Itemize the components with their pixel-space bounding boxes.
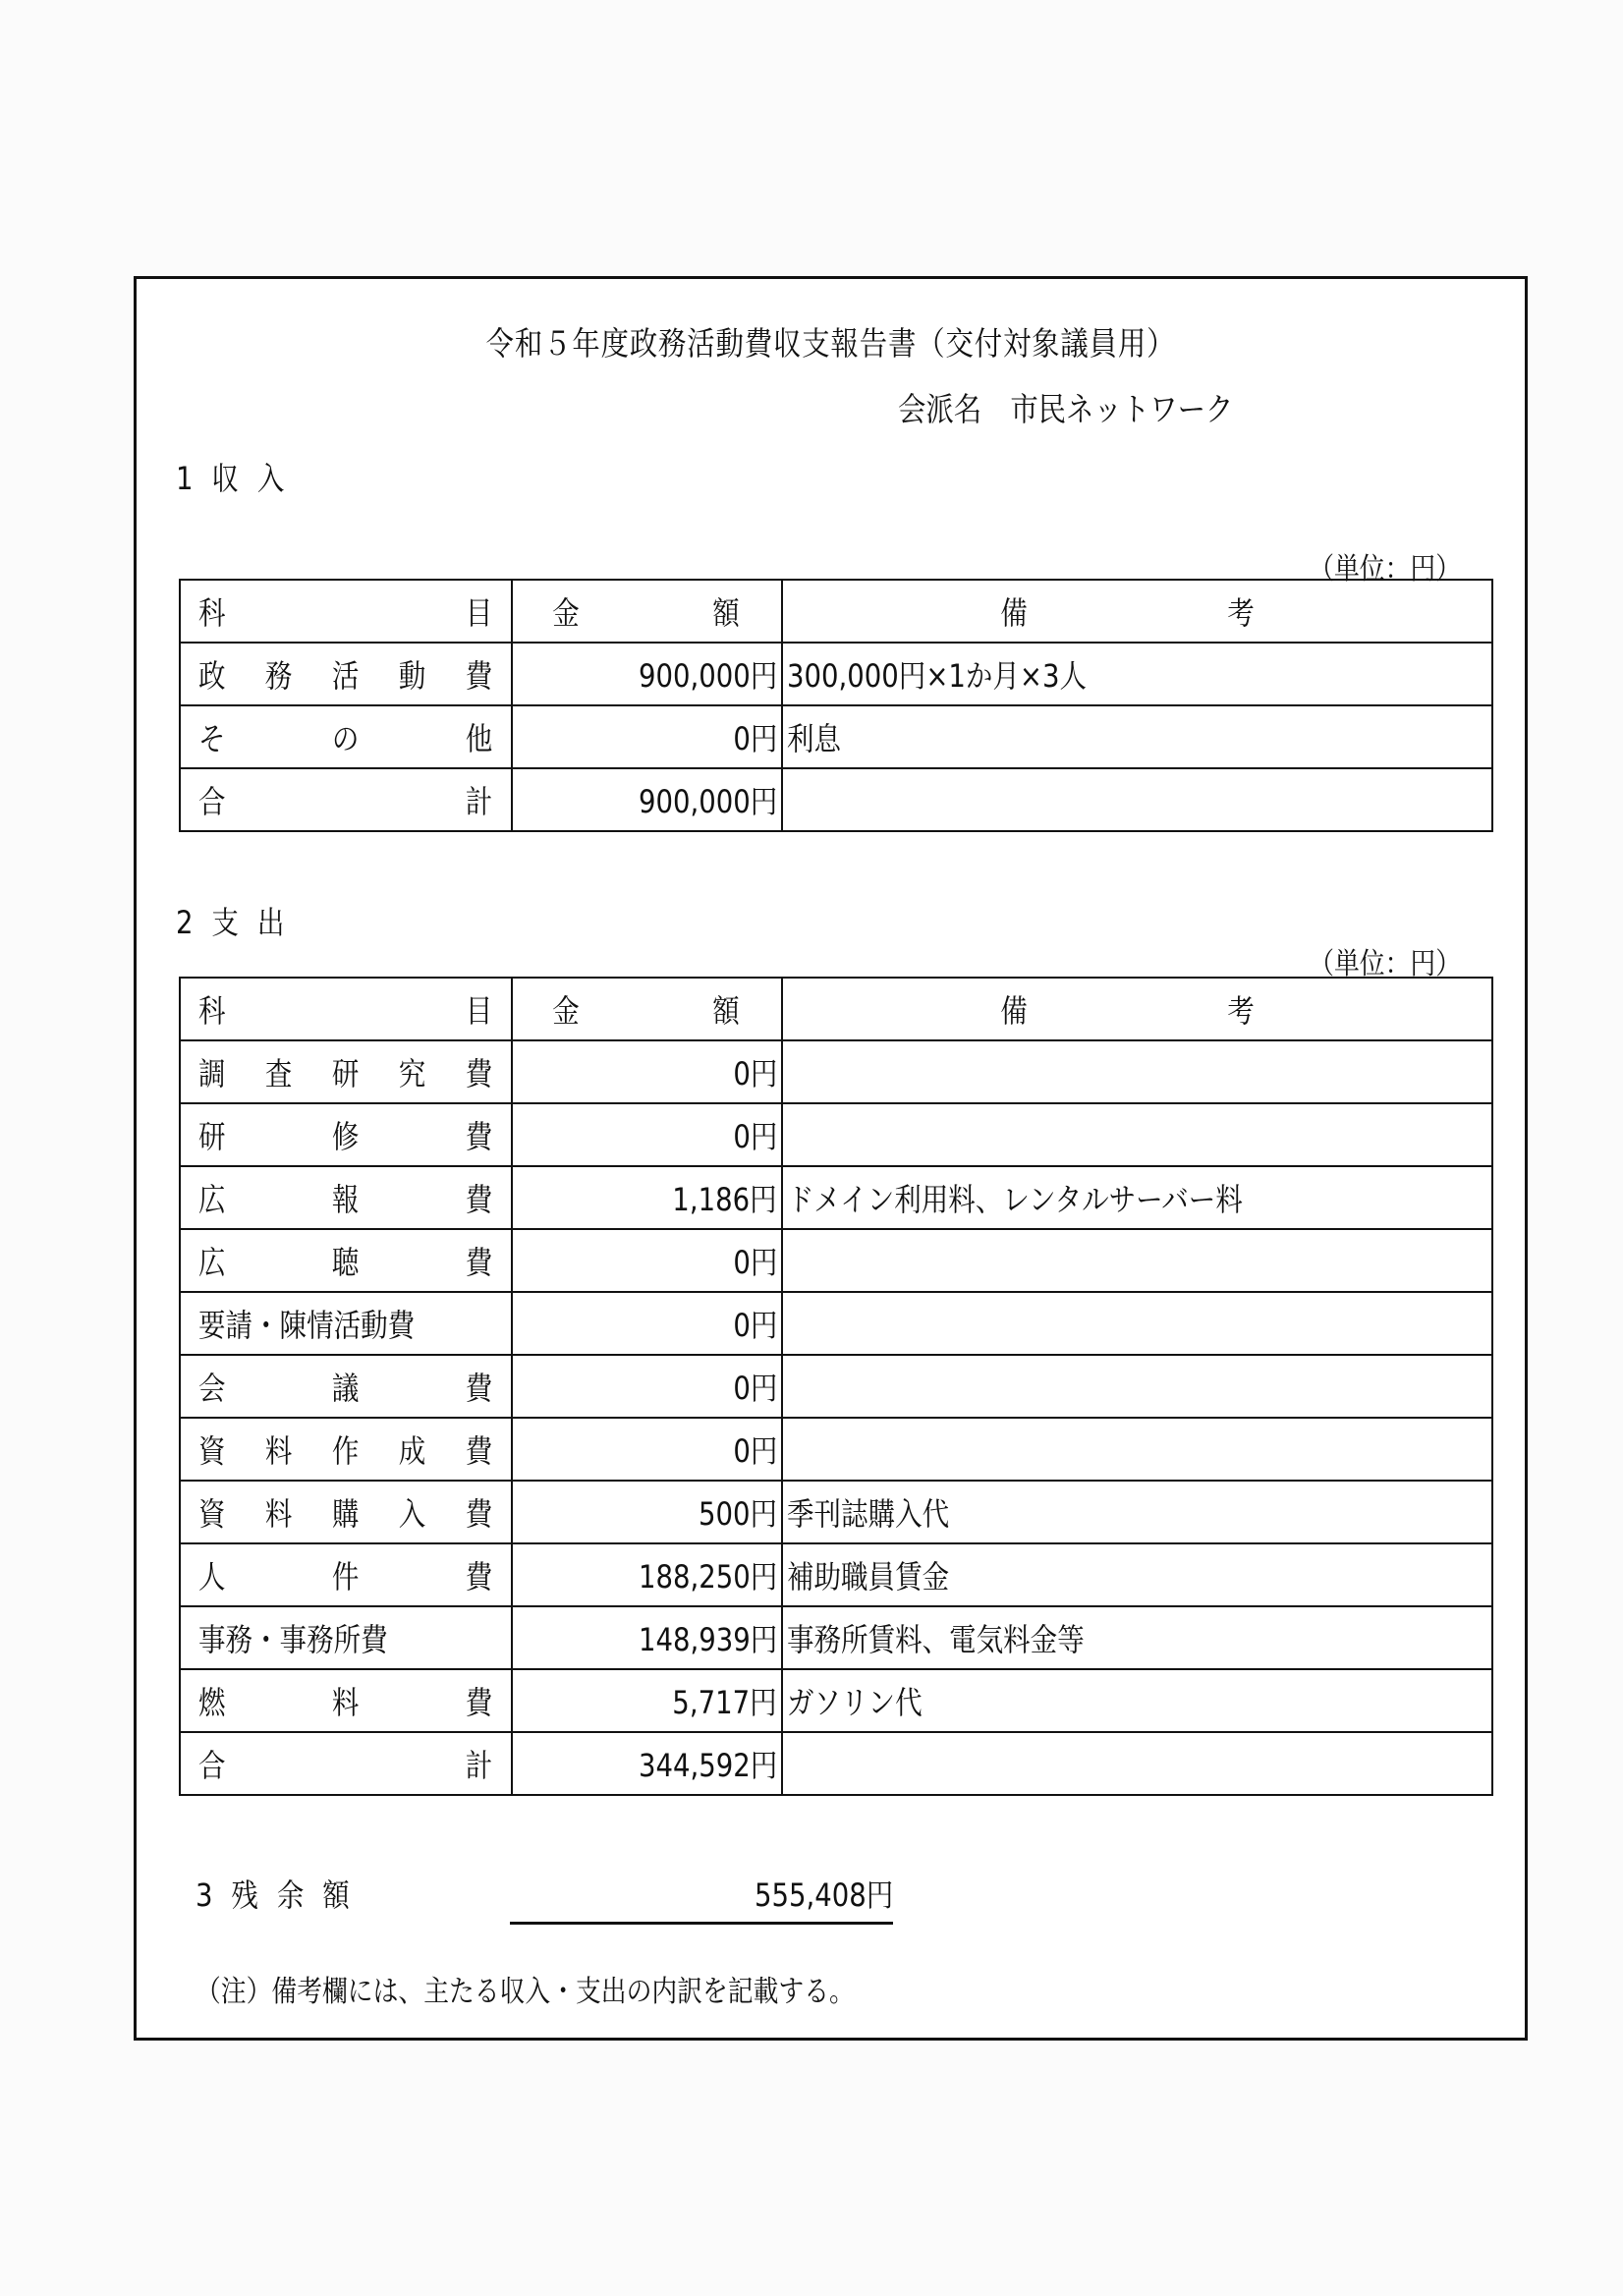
row-amount: 0円 [512,705,782,768]
row-item-label: 広報費 [180,1166,512,1229]
row-note: 300,000円×1か月×3人 [782,643,1492,705]
row-amount: 0円 [512,1229,782,1292]
expenses-table: 科目 金額 備考 調査研究費0円研修費0円広報費1,186円ドメイン利用料、レン… [179,977,1493,1796]
income-row: その他0円利息 [180,705,1492,768]
expenses-header-row: 科目 金額 備考 [180,978,1492,1040]
row-amount: 0円 [512,1040,782,1103]
report-frame: 令和５年度政務活動費収支報告書（交付対象議員用） 会派名市民ネットワーク 1収入… [134,276,1528,2041]
expenses-heading-text: 支出 [211,904,303,941]
row-item-label: 資料作成費 [180,1418,512,1481]
row-note: 補助職員賃金 [782,1543,1492,1606]
column-header-item: 科目 [180,978,512,1040]
income-total-label: 合計 [180,768,512,831]
column-header-amount: 金額 [512,978,782,1040]
expenses-heading-number: 2 [176,904,211,941]
row-note: ドメイン利用料、レンタルサーバー料 [782,1166,1492,1229]
expenses-row: 会議費0円 [180,1355,1492,1418]
income-table: 科目 金額 備考 政務活動費900,000円300,000円×1か月×3人その他… [179,579,1493,832]
row-item-label: 人件費 [180,1543,512,1606]
income-total-row: 合計 900,000円 [180,768,1492,831]
row-amount: 1,186円 [512,1166,782,1229]
row-note [782,1040,1492,1103]
row-item-label: 事務・事務所費 [180,1606,512,1669]
expenses-row: 資料作成費0円 [180,1418,1492,1481]
expenses-heading: 2支出 [176,898,303,943]
expenses-row: 研修費0円 [180,1103,1492,1166]
balance-label-line: 3残余額 [196,1871,396,1916]
row-item-label: 要請・陳情活動費 [180,1292,512,1355]
group-label: 会派名 [898,390,981,428]
row-item-label: 研修費 [180,1103,512,1166]
row-note [782,1418,1492,1481]
row-note [782,1355,1492,1418]
expenses-row: 資料購入費500円季刊誌購入代 [180,1481,1492,1543]
row-amount: 900,000円 [512,643,782,705]
row-amount: 0円 [512,1103,782,1166]
expenses-row: 広報費1,186円ドメイン利用料、レンタルサーバー料 [180,1166,1492,1229]
row-item-label: 調査研究費 [180,1040,512,1103]
row-note: 季刊誌購入代 [782,1481,1492,1543]
group-name-line: 会派名市民ネットワーク [898,384,1233,430]
expenses-total-label: 合計 [180,1732,512,1795]
row-item-label: 燃料費 [180,1669,512,1732]
document-title: 令和５年度政務活動費収支報告書（交付対象議員用） [234,318,1427,364]
income-header-row: 科目 金額 備考 [180,580,1492,643]
expenses-row: 調査研究費0円 [180,1040,1492,1103]
column-header-amount: 金額 [512,580,782,643]
row-note: ガソリン代 [782,1669,1492,1732]
balance-amount: 555,408円 [510,1871,893,1925]
row-amount: 148,939円 [512,1606,782,1669]
row-item-label: 資料購入費 [180,1481,512,1543]
balance-number: 3 [196,1876,231,1914]
row-note: 利息 [782,705,1492,768]
group-name: 市民ネットワーク [1010,390,1233,428]
expenses-row: 広聴費0円 [180,1229,1492,1292]
row-note [782,1229,1492,1292]
income-heading-text: 収入 [211,460,303,497]
income-total-amount: 900,000円 [512,768,782,831]
row-amount: 0円 [512,1355,782,1418]
row-item-label: 政務活動費 [180,643,512,705]
footnote: （注）備考欄には、主たる収入・支出の内訳を記載する。 [196,1967,855,2010]
expenses-row: 要請・陳情活動費0円 [180,1292,1492,1355]
expenses-total-amount: 344,592円 [512,1732,782,1795]
row-note: 事務所賃料、電気料金等 [782,1606,1492,1669]
row-amount: 188,250円 [512,1543,782,1606]
expenses-row: 燃料費5,717円ガソリン代 [180,1669,1492,1732]
expenses-row: 事務・事務所費148,939円事務所賃料、電気料金等 [180,1606,1492,1669]
row-amount: 500円 [512,1481,782,1543]
balance-label: 残余額 [231,1876,367,1914]
row-item-label: その他 [180,705,512,768]
income-row: 政務活動費900,000円300,000円×1か月×3人 [180,643,1492,705]
row-item-label: 会議費 [180,1355,512,1418]
row-note [782,1292,1492,1355]
expenses-total-note [782,1732,1492,1795]
row-note [782,1103,1492,1166]
income-total-note [782,768,1492,831]
column-header-item: 科目 [180,580,512,643]
row-amount: 0円 [512,1292,782,1355]
row-amount: 5,717円 [512,1669,782,1732]
column-header-note: 備考 [782,580,1492,643]
column-header-note: 備考 [782,978,1492,1040]
income-heading: 1収入 [176,454,303,499]
row-amount: 0円 [512,1418,782,1481]
row-item-label: 広聴費 [180,1229,512,1292]
expenses-row: 人件費188,250円補助職員賃金 [180,1543,1492,1606]
expenses-total-row: 合計 344,592円 [180,1732,1492,1795]
income-heading-number: 1 [176,460,211,497]
